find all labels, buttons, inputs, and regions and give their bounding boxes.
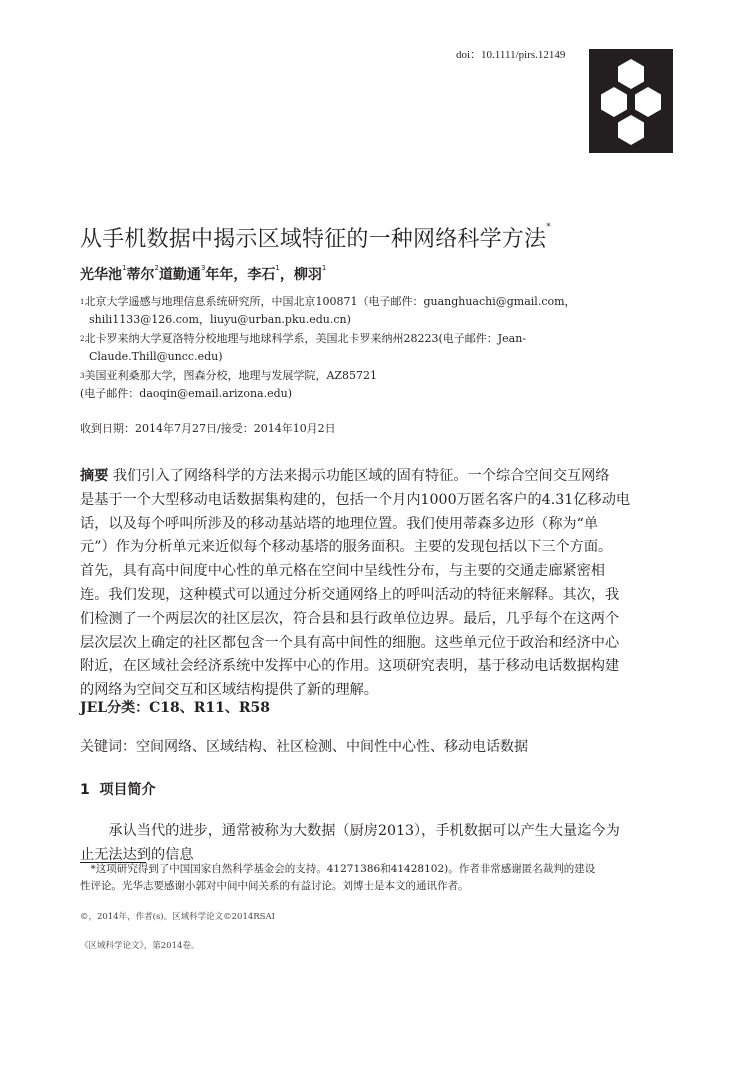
- title-footnote-mark: *: [546, 222, 551, 232]
- author-name: 年年，李石: [205, 267, 275, 283]
- affil-text: shili1133@126.com，liuyu@urban.pku.edu.cn…: [80, 311, 576, 329]
- section-title: 项目简介: [100, 782, 156, 798]
- intro-paragraph: 承认当代的进步，通常被称为大数据（厨房2013），手机数据可以产生大量迄今为 止…: [80, 820, 676, 867]
- copyright-notice: ©，2014年，作者(s)。区域科学论文©2014RSAI: [80, 910, 275, 922]
- author-name: 蒂尔: [126, 267, 154, 283]
- affil-text: 北京大学遥感与地理信息系统研究所，中国北京100871（电子邮件：guanghu…: [84, 295, 575, 308]
- paragraph-line: 承认当代的进步，通常被称为大数据（厨房2013），手机数据可以产生大量迄今为: [80, 820, 676, 844]
- paper-title: 从手机数据中揭示区域特征的一种网络科学方法*: [80, 222, 551, 253]
- abstract-line: 元”）作为分析单元来近似每个移动基塔的服务面积。主要的发现包括以下三个方面。: [80, 536, 676, 560]
- abstract-label: 摘要: [80, 468, 108, 484]
- author-name: ，柳羽: [280, 267, 322, 283]
- footnote: *这项研究得到了中国国家自然科学基金会的支持。41271386和41428102…: [80, 861, 595, 895]
- footnote-line: 性评论。光华志要感谢小郭对中间中间关系的有益讨论。刘博士是本文的通讯作者。: [80, 878, 595, 895]
- abstract-line: 们检测了一个两层次的社区层次，符合县和县行政单位边界。最后，几乎每个在这两个: [80, 608, 676, 632]
- abstract-line: 连。我们发现，这种模式可以通过分析交通网络上的呼叫活动的特征来解释。其次，我: [80, 584, 676, 608]
- abstract: 摘要 我们引入了网络科学的方法来揭示功能区域的固有特征。一个综合空间交互网络 是…: [80, 465, 676, 703]
- received-date: 收到日期：2014年7月27日/接受：2014年10月2日: [80, 420, 336, 436]
- affiliation-1: 1北京大学遥感与地理信息系统研究所，中国北京100871（电子邮件：guangh…: [80, 293, 576, 329]
- title-text: 从手机数据中揭示区域特征的一种网络科学方法: [80, 227, 546, 252]
- journal-citation: 《区域科学论文》，第2014卷。: [80, 939, 199, 951]
- author-name: 光华池: [80, 267, 122, 283]
- section-heading: 1 项目简介: [80, 779, 156, 799]
- abstract-line: 附近，在区域社会经济系统中发挥中心的作用。这项研究表明，基于移动电话数据构建: [80, 655, 676, 679]
- affil-text: Claude.Thill@uncc.edu): [80, 348, 526, 366]
- affiliation-3: 3美国亚利桑那大学，图森分校，地理与发展学院，AZ85721 (电子邮件：dao…: [80, 367, 377, 403]
- abstract-line: 首先，具有高中间度中心性的单元格在空间中呈线性分布，与主要的交通走廊紧密相: [80, 560, 676, 584]
- abstract-line: 是基于一个大型移动电话数据集构建的，包括一个月内1000万匿名客户的4.31亿移…: [80, 489, 676, 513]
- affil-text: 美国亚利桑那大学，图森分校，地理与发展学院，AZ85721: [84, 369, 377, 382]
- author-list: 光华池1蒂尔2道勤通3年年，李石1，柳羽1: [80, 264, 326, 284]
- footnote-line: *这项研究得到了中国国家自然科学基金会的支持。41271386和41428102…: [80, 861, 595, 878]
- abstract-line: 话，以及每个呼叫所涉及的移动基站塔的地理位置。我们使用蒂森多边形（称为“单: [80, 513, 676, 537]
- abstract-line: 层次层次上确定的社区都包含一个具有高中间性的细胞。这些单元位于政治和经济中心: [80, 632, 676, 656]
- author-affil-mark: 1: [322, 264, 326, 272]
- affil-text: (电子邮件：daoqin@email.arizona.edu): [80, 385, 377, 403]
- doi-text: doi：10.1111/pirs.12149: [456, 46, 565, 62]
- author-name: 道勤通: [159, 267, 201, 283]
- keywords: 关键词：空间网络、区域结构、社区检测、中间性中心性、移动电话数据: [80, 736, 528, 756]
- hexagon-cluster-logo-icon: [589, 49, 673, 153]
- affiliation-2: 2北卡罗来纳大学夏洛特分校地理与地球科学系，美国北卡罗来纳州28223(电子邮件…: [80, 330, 526, 366]
- section-number: 1: [80, 782, 90, 798]
- abstract-line: 我们引入了网络科学的方法来揭示功能区域的固有特征。一个综合空间交互网络: [108, 468, 609, 484]
- jel-classification: JEL分类：C18、R11、R58: [80, 697, 270, 717]
- affil-text: 北卡罗来纳大学夏洛特分校地理与地球科学系，美国北卡罗来纳州28223(电子邮件：…: [84, 332, 526, 345]
